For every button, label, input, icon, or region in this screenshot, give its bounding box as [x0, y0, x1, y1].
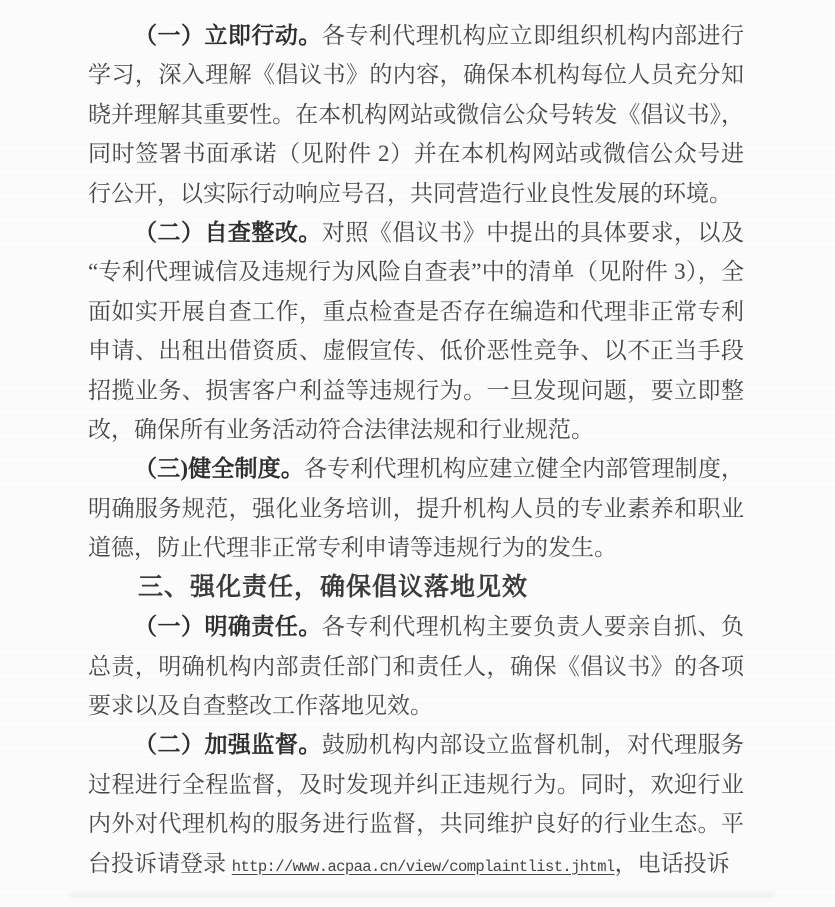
paragraph-lead: （二）加强监督。: [134, 732, 322, 757]
complaint-url-link[interactable]: http://www.acpaa.cn/view/complaintlist.j…: [232, 858, 615, 876]
document-page: （一）立即行动。各专利代理机构应立即组织机构内部进行学习，深入理解《倡议书》的内…: [0, 0, 835, 907]
paragraph-lead: （三)健全制度。: [134, 456, 304, 481]
paragraph-strengthen-supervision: （二）加强监督。鼓励机构内部设立监督机制，对代理服务过程进行全程监督，及时发现并…: [88, 725, 744, 887]
paragraph-text: 各专利代理机构应立即组织机构内部进行学习，深入理解《倡议书》的内容，确保本机构每…: [88, 23, 744, 206]
paragraph-clarify-responsibility: （一）明确责任。各专利代理机构主要负责人要亲自抓、负总责，明确机构内部责任部门和…: [88, 607, 744, 725]
paragraph-text: ，电话投诉: [615, 851, 730, 876]
paragraph-lead: （二）自查整改。: [134, 220, 322, 245]
paragraph-text: 对照《倡议书》中提出的具体要求，以及“专利代理诚信及违规行为风险自查表”中的清单…: [88, 220, 744, 442]
scan-artifact: [70, 893, 775, 897]
paragraph-sound-system: （三)健全制度。各专利代理机构应建立健全内部管理制度，明确服务规范，强化业务培训…: [88, 449, 744, 567]
paragraph-lead: （一）立即行动。: [134, 23, 322, 48]
paragraph-immediate-action: （一）立即行动。各专利代理机构应立即组织机构内部进行学习，深入理解《倡议书》的内…: [88, 16, 744, 213]
paragraph-lead: （一）明确责任。: [134, 614, 322, 639]
document-body: （一）立即行动。各专利代理机构应立即组织机构内部进行学习，深入理解《倡议书》的内…: [88, 16, 744, 887]
section-heading-responsibility: 三、强化责任，确保倡议落地见效: [88, 568, 744, 607]
paragraph-self-check: （二）自查整改。对照《倡议书》中提出的具体要求，以及“专利代理诚信及违规行为风险…: [88, 213, 744, 449]
